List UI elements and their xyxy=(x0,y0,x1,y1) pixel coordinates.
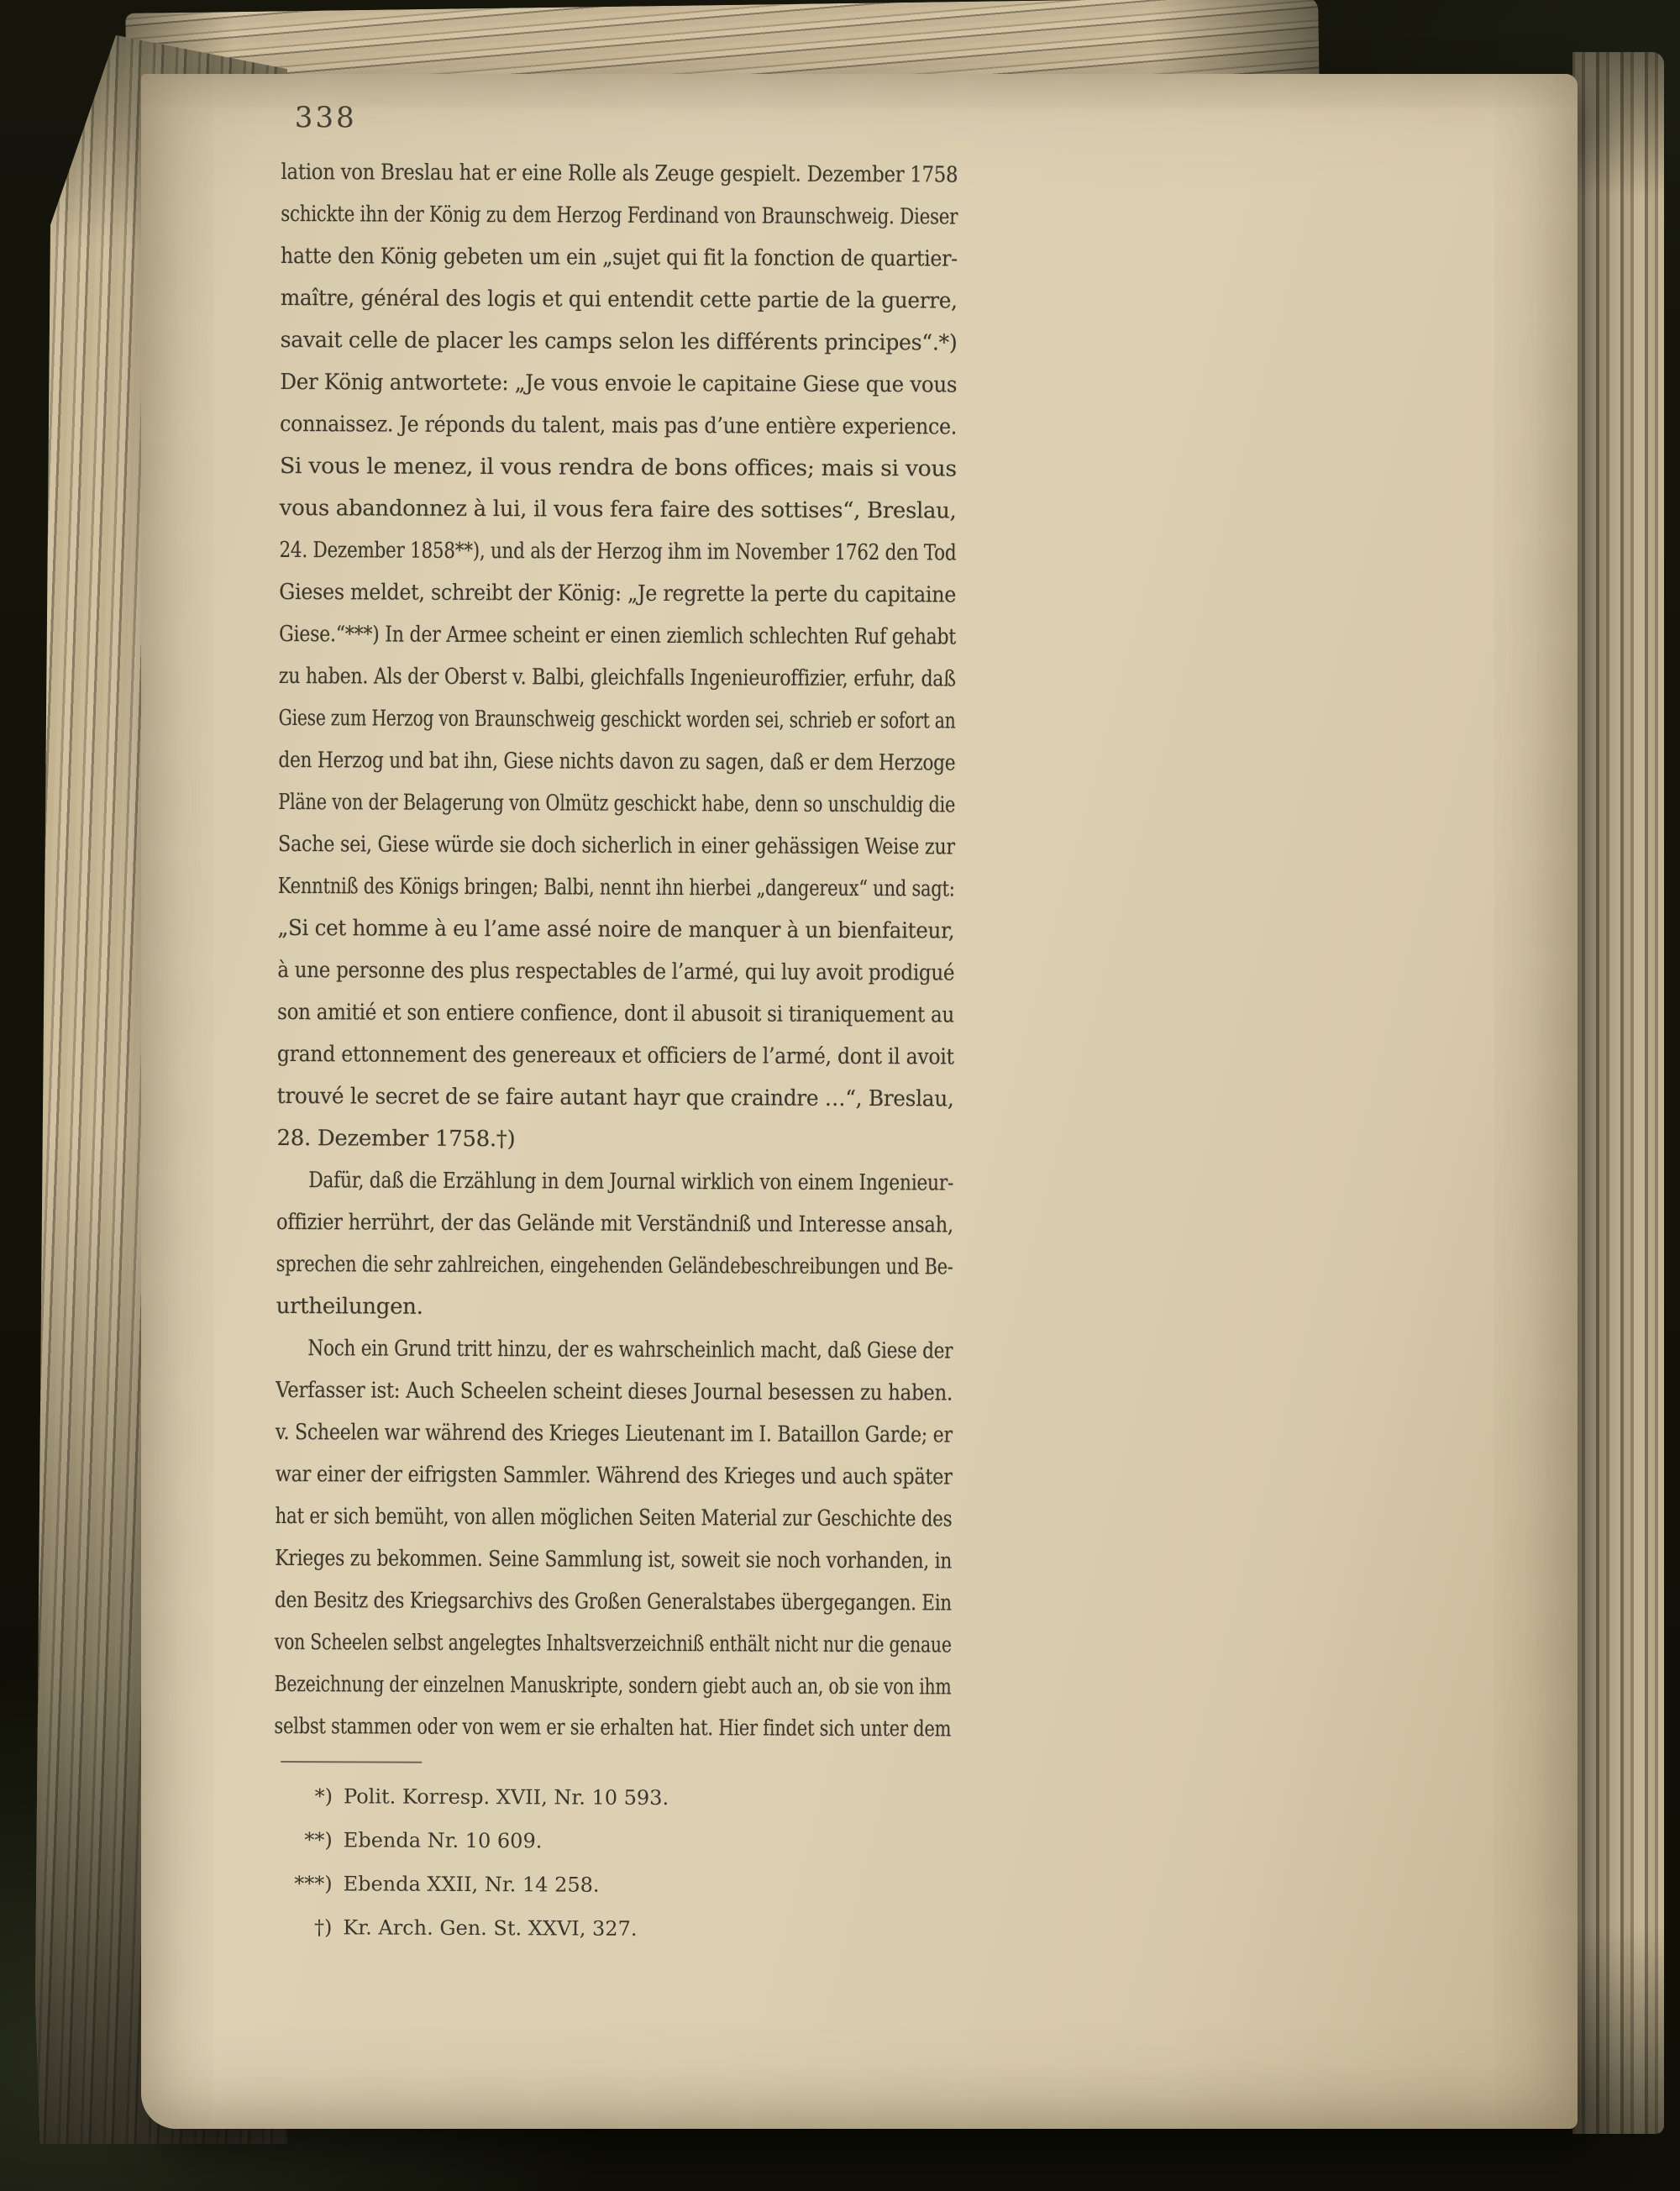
book-scan-background: 338 lation von Breslau hat er eine Rolle… xyxy=(0,0,1680,2191)
text-line: „Si cet homme à eu l’ame assé noire de m… xyxy=(277,907,954,953)
text-line: Noch ein Grund tritt hinzu, der es wahrs… xyxy=(276,1327,953,1373)
text-line: 24. Dezember 1858**), und als der Herzog… xyxy=(279,529,956,575)
text-line: vous abandonnez à lui, il vous fera fair… xyxy=(280,487,957,533)
text-line: hat er sich bemüht, von allen möglichen … xyxy=(275,1495,952,1541)
footnote: *)Polit. Korresp. XVII, Nr. 10 593. xyxy=(274,1774,951,1821)
text-line: den Herzog und bat ihn, Giese nichts dav… xyxy=(278,739,955,785)
text-line: Verfasser ist: Auch Scheelen scheint die… xyxy=(276,1369,953,1415)
text-line: lation von Breslau hat er eine Rolle als… xyxy=(281,151,958,197)
text-line: 28. Dezember 1758.†) xyxy=(276,1117,953,1163)
text-line: maître, général des logis et qui entendi… xyxy=(281,277,958,323)
footnote: ***)Ebenda XXII, Nr. 14 258. xyxy=(274,1862,951,1909)
text-line: Der König antwortete: „Je vous envoie le… xyxy=(280,361,957,407)
text-line: sprechen die sehr zahlreichen, eingehend… xyxy=(276,1243,953,1289)
text-line: Gieses meldet, schreibt der König: „Je r… xyxy=(279,571,956,617)
text-line: trouvé le secret de se faire autant hayr… xyxy=(277,1075,954,1121)
text-line: Giese zum Herzog von Braunschweig geschi… xyxy=(279,697,956,743)
book-page: 338 lation von Breslau hat er eine Rolle… xyxy=(141,74,1578,2129)
text-column: 338 lation von Breslau hat er eine Rolle… xyxy=(273,77,958,1952)
footnote-text: Polit. Korresp. XVII, Nr. 10 593. xyxy=(344,1774,669,1820)
footnote-text: Kr. Arch. Gen. St. XXVI, 327. xyxy=(343,1905,637,1951)
text-line: savait celle de placer les camps selon l… xyxy=(281,319,958,365)
text-line: connaissez. Je réponds du talent, mais p… xyxy=(280,403,957,449)
footnote: **)Ebenda Nr. 10 609. xyxy=(274,1818,951,1865)
text-line: hatte den König gebeten um ein „sujet qu… xyxy=(281,235,958,281)
text-line: Krieges zu bekommen. Seine Sammlung ist,… xyxy=(275,1537,952,1583)
text-line: Pläne von der Belagerung von Olmütz gesc… xyxy=(278,781,955,827)
text-line: selbst stammen oder von wem er sie erhal… xyxy=(274,1705,951,1751)
page-stack-right-edge xyxy=(1572,52,1664,2134)
text-line: Dafür, daß die Erzählung in dem Journal … xyxy=(276,1159,953,1205)
text-line: Si vous le menez, il vous rendra de bons… xyxy=(280,445,957,491)
footnote-text: Ebenda XXII, Nr. 14 258. xyxy=(344,1862,600,1906)
text-line: son amitié et son entiere confience, don… xyxy=(277,991,954,1037)
text-line: schickte ihn der König zu dem Herzog Fer… xyxy=(281,193,958,239)
footnote-marker: **) xyxy=(274,1818,333,1862)
text-line: zu haben. Als der Oberst v. Balbi, gleic… xyxy=(279,655,956,701)
text-line: Sache sei, Giese würde sie doch sicherli… xyxy=(278,823,955,869)
text-line: v. Scheelen war während des Krieges Lieu… xyxy=(276,1411,953,1457)
footnote-marker: *) xyxy=(274,1774,333,1818)
text-line: Kenntniß des Königs bringen; Balbi, nenn… xyxy=(278,865,955,911)
text-line: den Besitz des Kriegsarchivs des Großen … xyxy=(275,1579,952,1625)
footnote-text: Ebenda Nr. 10 609. xyxy=(344,1818,543,1863)
footnote: †)Kr. Arch. Gen. St. XXVI, 327. xyxy=(273,1905,950,1952)
text-line: von Scheelen selbst angelegtes Inhaltsve… xyxy=(275,1621,952,1667)
text-line: Giese.“***) In der Armee scheint er eine… xyxy=(279,613,956,659)
footnotes: *)Polit. Korresp. XVII, Nr. 10 593.**)Eb… xyxy=(273,1774,951,1952)
text-line: à une personne des plus respectables de … xyxy=(277,949,954,995)
text-line: Bezeichnung der einzelnen Manuskripte, s… xyxy=(275,1663,952,1709)
text-line: grand ettonnement des genereaux et offic… xyxy=(277,1033,954,1079)
text-line: urtheilungen. xyxy=(276,1285,953,1331)
footnote-marker: †) xyxy=(273,1905,332,1949)
text-line: war einer der eifrigsten Sammler. Währen… xyxy=(276,1453,953,1499)
text-line: offizier herrührt, der das Gelände mit V… xyxy=(276,1201,953,1247)
footnote-marker: ***) xyxy=(274,1862,333,1905)
page-number: 338 xyxy=(281,77,958,139)
page-body: lation von Breslau hat er eine Rolle als… xyxy=(274,151,958,1750)
footnote-separator-rule xyxy=(281,1761,422,1763)
